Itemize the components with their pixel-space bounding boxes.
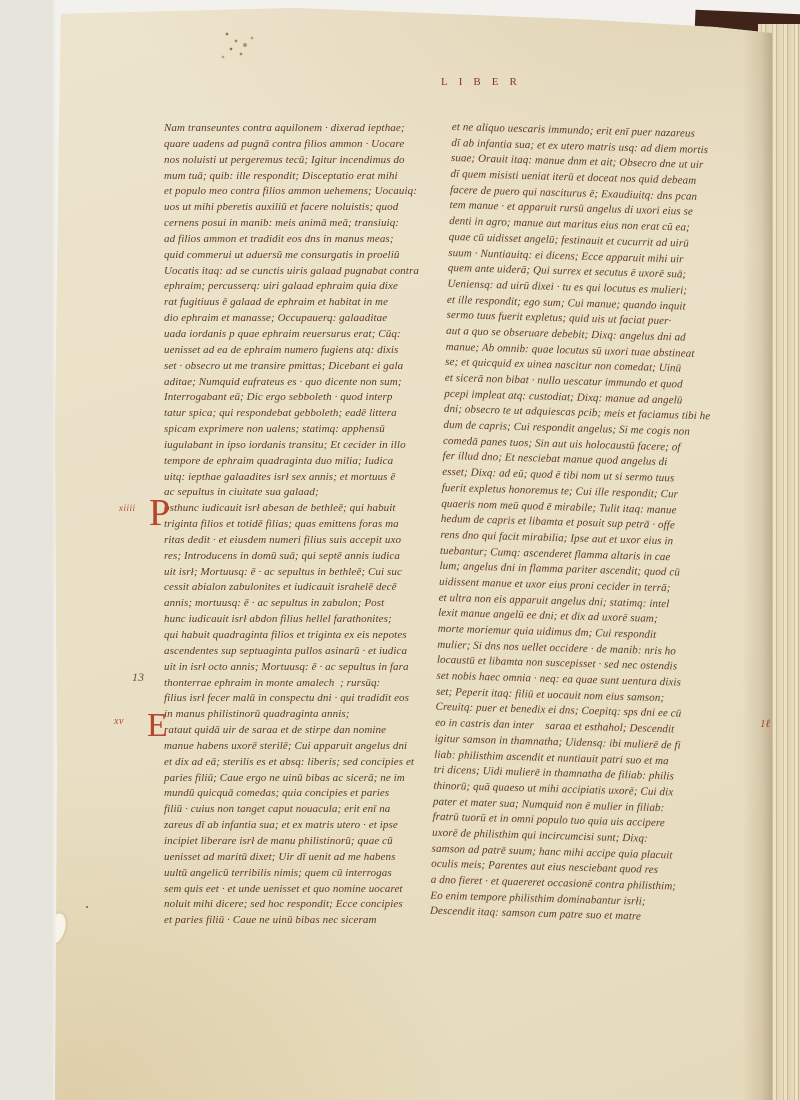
- manuscript-text-line: res; Introducens in domū suā; qui septē …: [164, 549, 440, 565]
- manuscript-text-line: incipiet liberare isrł de manu philistin…: [164, 834, 440, 850]
- manuscript-text-line: paries filiū; Caue ergo ne uinū bibas ac…: [164, 771, 440, 787]
- manuscript-text-line: uultū angelicū terribilis nimis; quem cū…: [164, 866, 440, 882]
- manuscript-text-line: ephraim; percusserq: uiri galaad ephraim…: [164, 279, 440, 295]
- manuscript-text-line: triginta filios et totidē filias; quas e…: [164, 517, 440, 533]
- manuscript-text-line: noluit mihi dicere; sed hoc respondit; E…: [164, 897, 440, 913]
- manuscript-text-line: spicam exprimere non ualens; statimq: ap…: [164, 422, 440, 438]
- manuscript-text-line: mum tuā; quib: ille respondit; Disceptat…: [164, 169, 440, 185]
- manuscript-text-line: tempore de ephraim quadraginta duo milia…: [164, 454, 440, 470]
- manuscript-text-line: annis; mortuusq: ē · ac sepultus in zabu…: [164, 596, 440, 612]
- manuscript-text-line: dio ephraim et manasse; Occupauerq: gala…: [164, 311, 440, 327]
- text-column-left: Nam transeuntes contra aquilonem · dixer…: [164, 121, 440, 929]
- manuscript-text-line: zareus dī ab infantia sua; et ex matris …: [164, 818, 440, 834]
- parchment-repair-spot: [44, 911, 69, 945]
- manuscript-text-line: set · obsecro ut me transire pmittas; Di…: [164, 359, 440, 375]
- manuscript-text-line: cernens posui in manib: meis animā meā; …: [164, 216, 440, 232]
- manuscript-text-line: filius isrł fecer malū in conspectu dni …: [164, 691, 440, 707]
- manuscript-text-line: sem quis eet · et unde uenisset et quo n…: [164, 882, 440, 898]
- manuscript-text-line: et paries filiū · Caue ne uinū bibas nec…: [164, 913, 440, 929]
- manuscript-text-line: osthunc iudicauit isrł abesan de bethleē…: [164, 501, 440, 517]
- manuscript-page: LIBER Nam transeuntes contra aquilonem ·…: [55, 8, 772, 1100]
- manuscript-text-line: Uocatis itaq: ad se cunctis uiris galaad…: [164, 264, 440, 280]
- manuscript-text-line: iugulabant in ipso iordanis transitu; Et…: [164, 438, 440, 454]
- manuscript-text-line: uit in isrł octo annis; Mortuusq: ē · ac…: [164, 660, 440, 676]
- photo-backdrop: LIBER Nam transeuntes contra aquilonem ·…: [0, 0, 800, 1100]
- margin-chapter-number-xv: xv: [114, 716, 124, 727]
- chapter-initial-e-icon: E: [147, 709, 168, 743]
- manuscript-text-line: uada iordanis p quae ephraim reuersurus …: [164, 327, 440, 343]
- manuscript-text-line: qui habuit quadraginta filios et trigint…: [164, 628, 440, 644]
- manuscript-text-line: filiū · cuius non tanget caput nouacula;…: [164, 802, 440, 818]
- margin-chapter-number-xiiii: xiiii: [119, 503, 136, 513]
- manuscript-text-line: mundū quicquā comedas; quia concipies et…: [164, 786, 440, 802]
- manuscript-text-line: et dix ad eā; sterilis es et absq: liber…: [164, 755, 440, 771]
- manuscript-text-line: cessit abialon zabulonites et iudicauit …: [164, 580, 440, 596]
- manuscript-text-line: Interrogabant eū; Dic ergo sebboleth · q…: [164, 390, 440, 406]
- chapter-initial-p-icon: P: [149, 494, 170, 532]
- manuscript-text-line: ac sepultus in ciuitate sua galaad;: [164, 485, 440, 501]
- manuscript-text-line: uit isrł; Mortuusq: ē · ac sepultus in b…: [164, 565, 440, 581]
- manuscript-text-line: aditae; Numquid eufrateus es · quo dicen…: [164, 375, 440, 391]
- manuscript-text-line: rataut quidā uir de saraa et de stirpe d…: [164, 723, 440, 739]
- manuscript-text-line: tatur spica; qui respondebat gebboleth; …: [164, 406, 440, 422]
- manuscript-text-line: in manus philistinorū quadraginta annis;: [164, 707, 440, 723]
- gutter-shadow: [742, 8, 772, 1100]
- manuscript-text-line: quid commerui ut aduersū me consurgatis …: [164, 248, 440, 264]
- margin-numeral-13: 13: [132, 670, 144, 685]
- manuscript-text-line: thonterrae ephraim in monte amalech ; ru…: [164, 676, 440, 692]
- manuscript-text-line: manue habens uxorē sterilē; Cui apparuit…: [164, 739, 440, 755]
- margin-quire-mark: 1ℓ: [760, 718, 770, 730]
- manuscript-text-line: nos noluisti ut pergeremus tecū; Igitur …: [164, 153, 440, 169]
- manuscript-text-line: ascendentes sup septuaginta pullos asina…: [164, 644, 440, 660]
- manuscript-text-line: uenisset ad maritū dixet; Uir dī uenit a…: [164, 850, 440, 866]
- manuscript-text-line: ad filios ammon et tradidit eos dns in m…: [164, 232, 440, 248]
- manuscript-text-line: quare uadens ad pugnā contra filios ammo…: [164, 137, 440, 153]
- manuscript-text-line: Nam transeuntes contra aquilonem · dixer…: [164, 121, 440, 137]
- text-column-right: et ne aliquo uescaris immundo; erit enī …: [430, 120, 740, 928]
- manuscript-text-line: uos ut mihi pberetis auxiliū et facere n…: [164, 200, 440, 216]
- running-title: LIBER: [441, 76, 528, 88]
- manuscript-text-line: ritas dedit · et eiusdem numeri filius s…: [164, 533, 440, 549]
- manuscript-text-line: et populo meo contra filios ammon ueheme…: [164, 184, 440, 200]
- manuscript-text-line: hunc iudicauit isrł abdon filius hellel …: [164, 612, 440, 628]
- manuscript-text-line: uenisset ad ea de ephraim numero fugiens…: [164, 343, 440, 359]
- manuscript-text-line: rat fugitiuus ē galaad de ephraim et hab…: [164, 295, 440, 311]
- manuscript-text-line: uitq: iepthae galaadites isrł sex annis;…: [164, 470, 440, 486]
